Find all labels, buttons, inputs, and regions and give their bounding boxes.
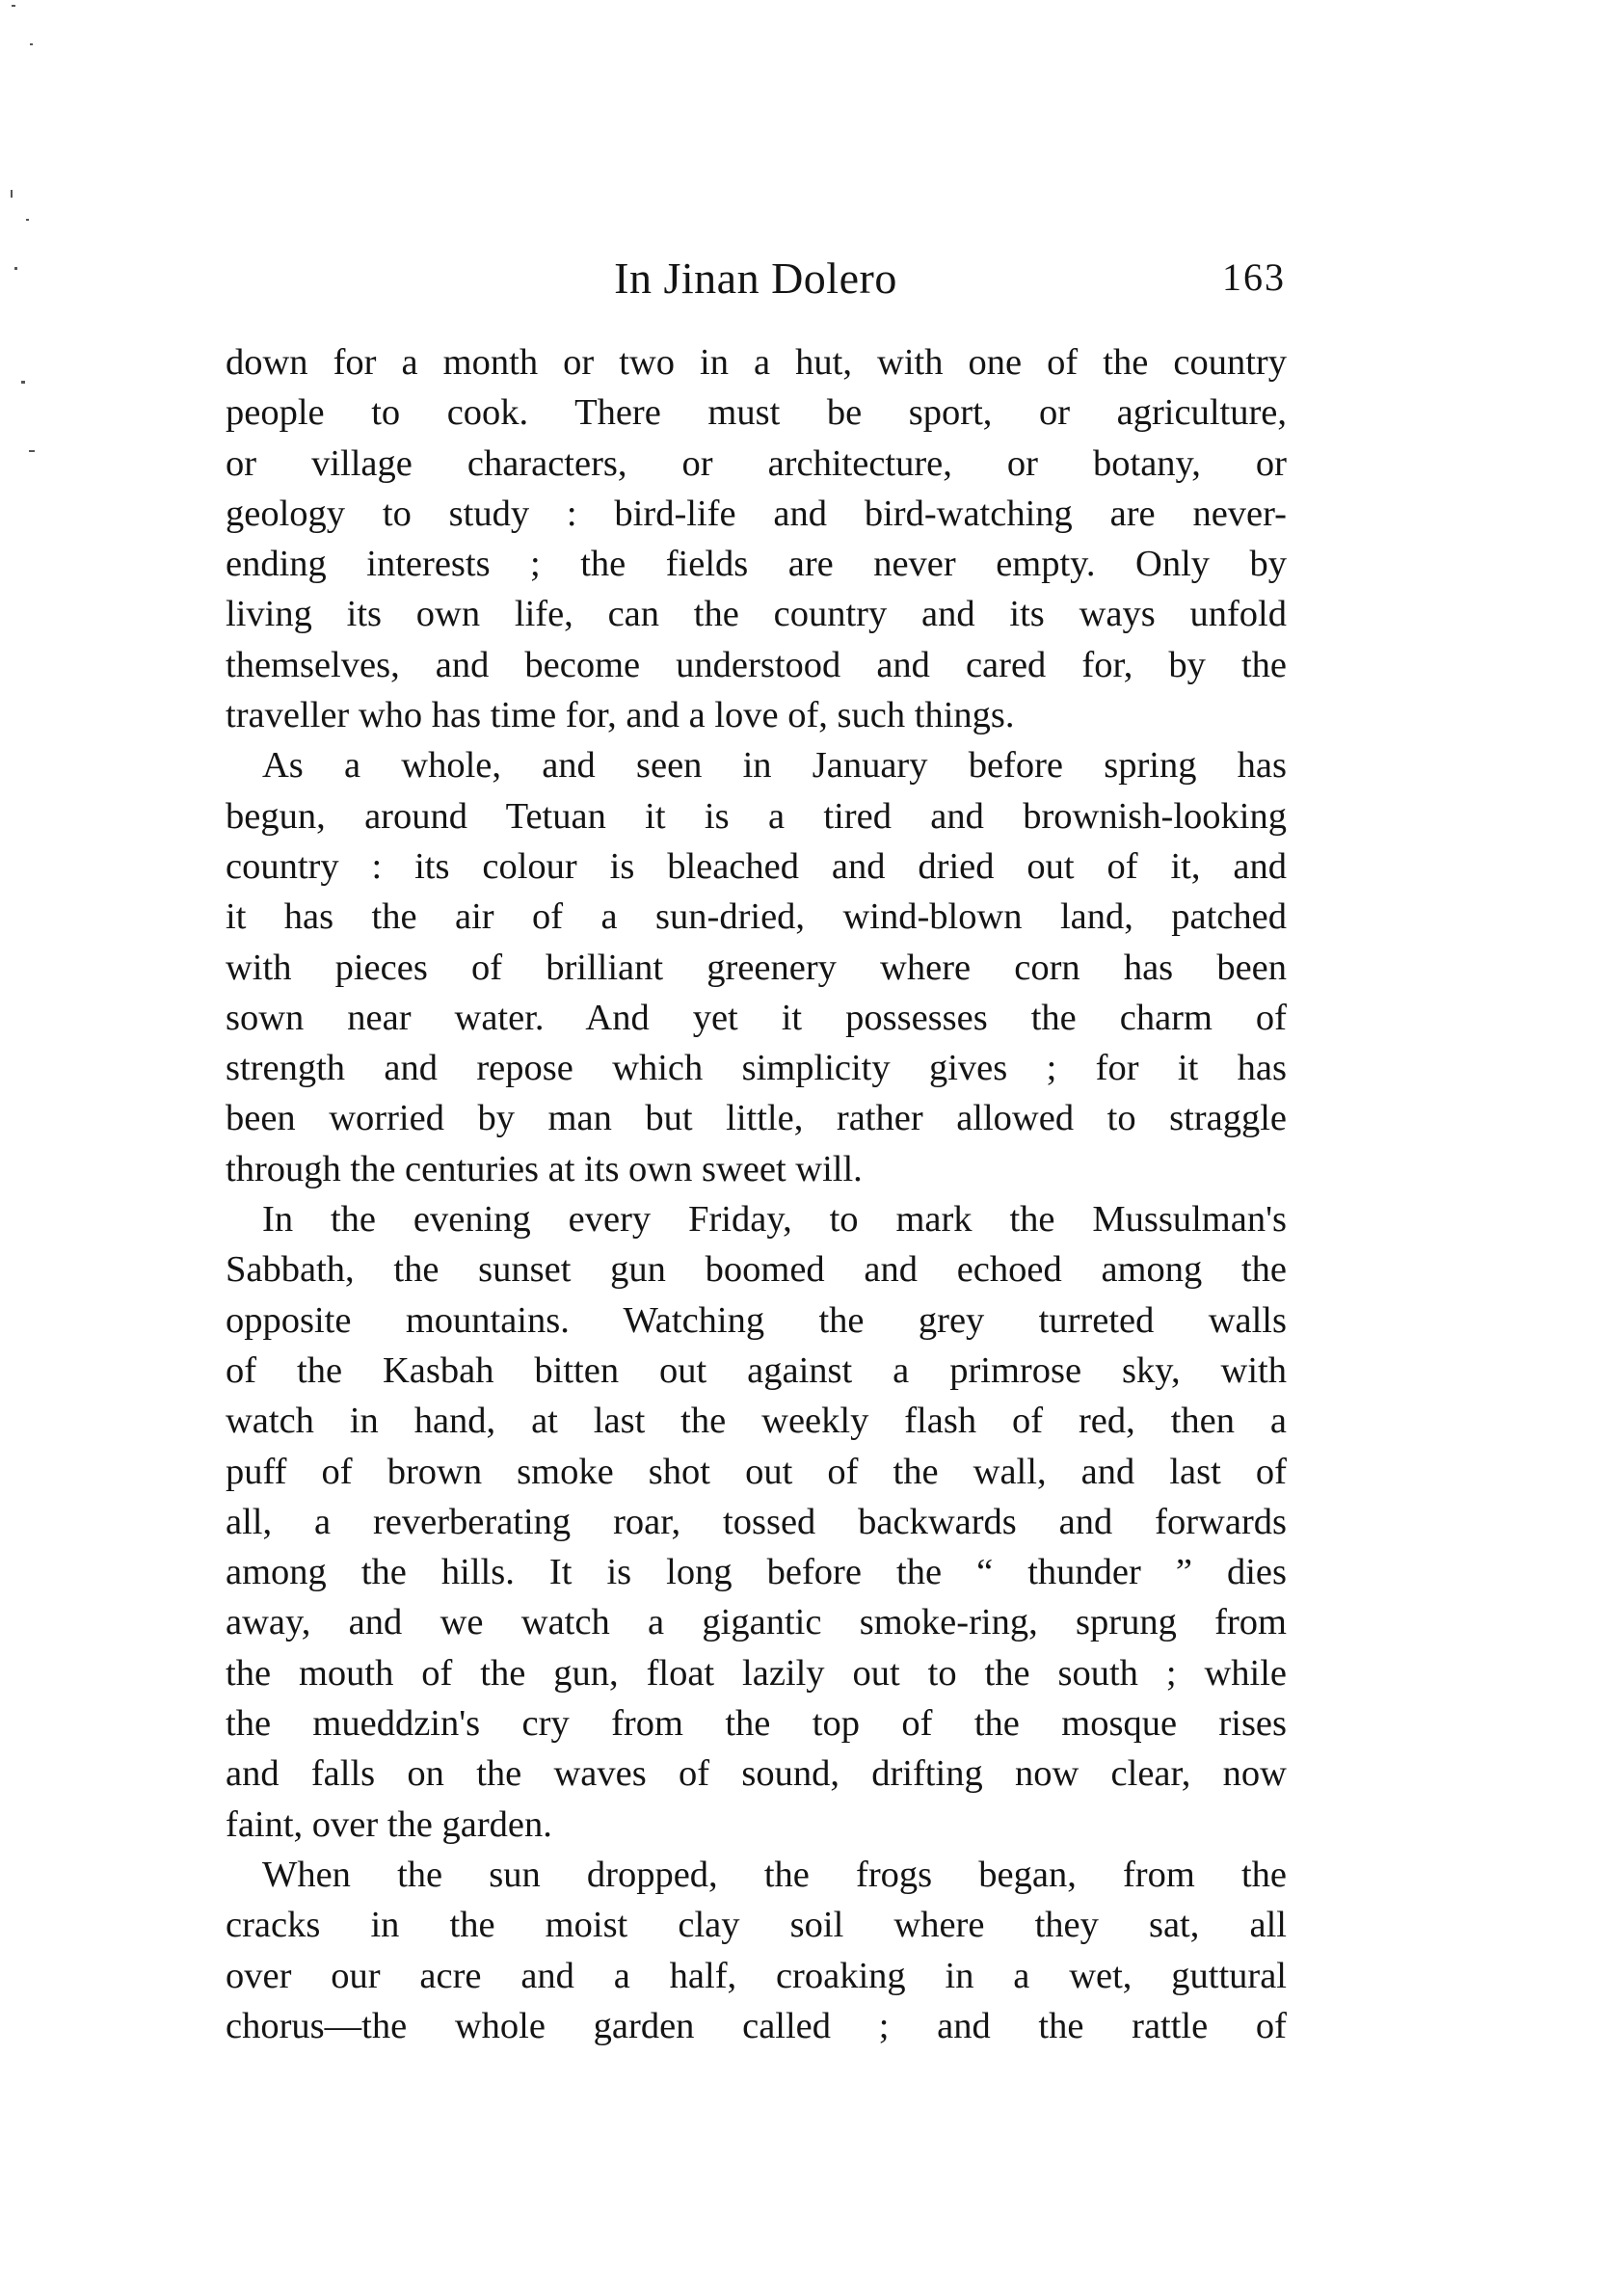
text-line: ending interests ; the fields are never …	[226, 539, 1287, 589]
scan-speck	[14, 267, 17, 270]
body-text: down for a month or two in a hut, with o…	[226, 337, 1287, 2051]
paragraph: When the sun dropped, the frogs began, f…	[226, 1850, 1287, 2051]
paragraph: As a whole, and seen in January before s…	[226, 740, 1287, 1194]
scan-speck	[26, 219, 29, 221]
running-title: In Jinan Dolero	[226, 253, 1286, 304]
text-line: Sabbath, the sunset gun boomed and echoe…	[226, 1244, 1287, 1295]
text-line: In the evening every Friday, to mark the…	[226, 1194, 1287, 1244]
scan-speck	[11, 190, 13, 198]
paragraph: down for a month or two in a hut, with o…	[226, 337, 1287, 740]
text-line: country : its colour is bleached and dri…	[226, 841, 1287, 892]
scan-speck	[30, 43, 33, 45]
text-line: living its own life, can the country and…	[226, 589, 1287, 639]
text-line: opposite mountains. Watching the grey tu…	[226, 1295, 1287, 1346]
text-line: and falls on the waves of sound, driftin…	[226, 1749, 1287, 1799]
text-line: all, a reverberating roar, tossed backwa…	[226, 1497, 1287, 1547]
text-line: begun, around Tetuan it is a tired and b…	[226, 791, 1287, 841]
text-line: the mouth of the gun, float lazily out t…	[226, 1648, 1287, 1698]
text-line: watch in hand, at last the weekly flash …	[226, 1396, 1287, 1446]
text-line: strength and repose which simplicity giv…	[226, 1043, 1287, 1093]
scan-speck	[29, 450, 35, 452]
running-head: In Jinan Dolero 163	[226, 253, 1286, 310]
text-line: chorus—the whole garden called ; and the…	[226, 2001, 1287, 2051]
text-line: the mueddzin's cry from the top of the m…	[226, 1698, 1287, 1749]
text-line: puff of brown smoke shot out of the wall…	[226, 1447, 1287, 1497]
text-line: When the sun dropped, the frogs began, f…	[226, 1850, 1287, 1900]
text-line: people to cook. There must be sport, or …	[226, 387, 1287, 438]
scan-speck	[12, 5, 15, 7]
text-line: with pieces of brilliant greenery where …	[226, 943, 1287, 993]
text-line: faint, over the garden.	[226, 1800, 1287, 1850]
text-line: down for a month or two in a hut, with o…	[226, 337, 1287, 387]
page-number: 163	[1222, 254, 1286, 300]
book-page: In Jinan Dolero 163 down for a month or …	[0, 0, 1599, 2296]
text-line: themselves, and become understood and ca…	[226, 640, 1287, 690]
scan-speck	[21, 381, 25, 384]
text-line: over our acre and a half, croaking in a …	[226, 1951, 1287, 2001]
text-line: of the Kasbah bitten out against a primr…	[226, 1346, 1287, 1396]
text-line: traveller who has time for, and a love o…	[226, 690, 1287, 740]
paragraph: In the evening every Friday, to mark the…	[226, 1194, 1287, 1850]
text-line: away, and we watch a gigantic smoke-ring…	[226, 1597, 1287, 1647]
text-line: geology to study : bird-life and bird-wa…	[226, 489, 1287, 539]
text-line: As a whole, and seen in January before s…	[226, 740, 1287, 790]
text-line: sown near water. And yet it possesses th…	[226, 993, 1287, 1043]
text-line: or village characters, or architecture, …	[226, 439, 1287, 489]
text-line: it has the air of a sun-dried, wind-blow…	[226, 892, 1287, 942]
text-line: been worried by man but little, rather a…	[226, 1093, 1287, 1143]
text-line: among the hills. It is long before the “…	[226, 1547, 1287, 1597]
text-line: through the centuries at its own sweet w…	[226, 1144, 1287, 1194]
text-line: cracks in the moist clay soil where they…	[226, 1900, 1287, 1950]
